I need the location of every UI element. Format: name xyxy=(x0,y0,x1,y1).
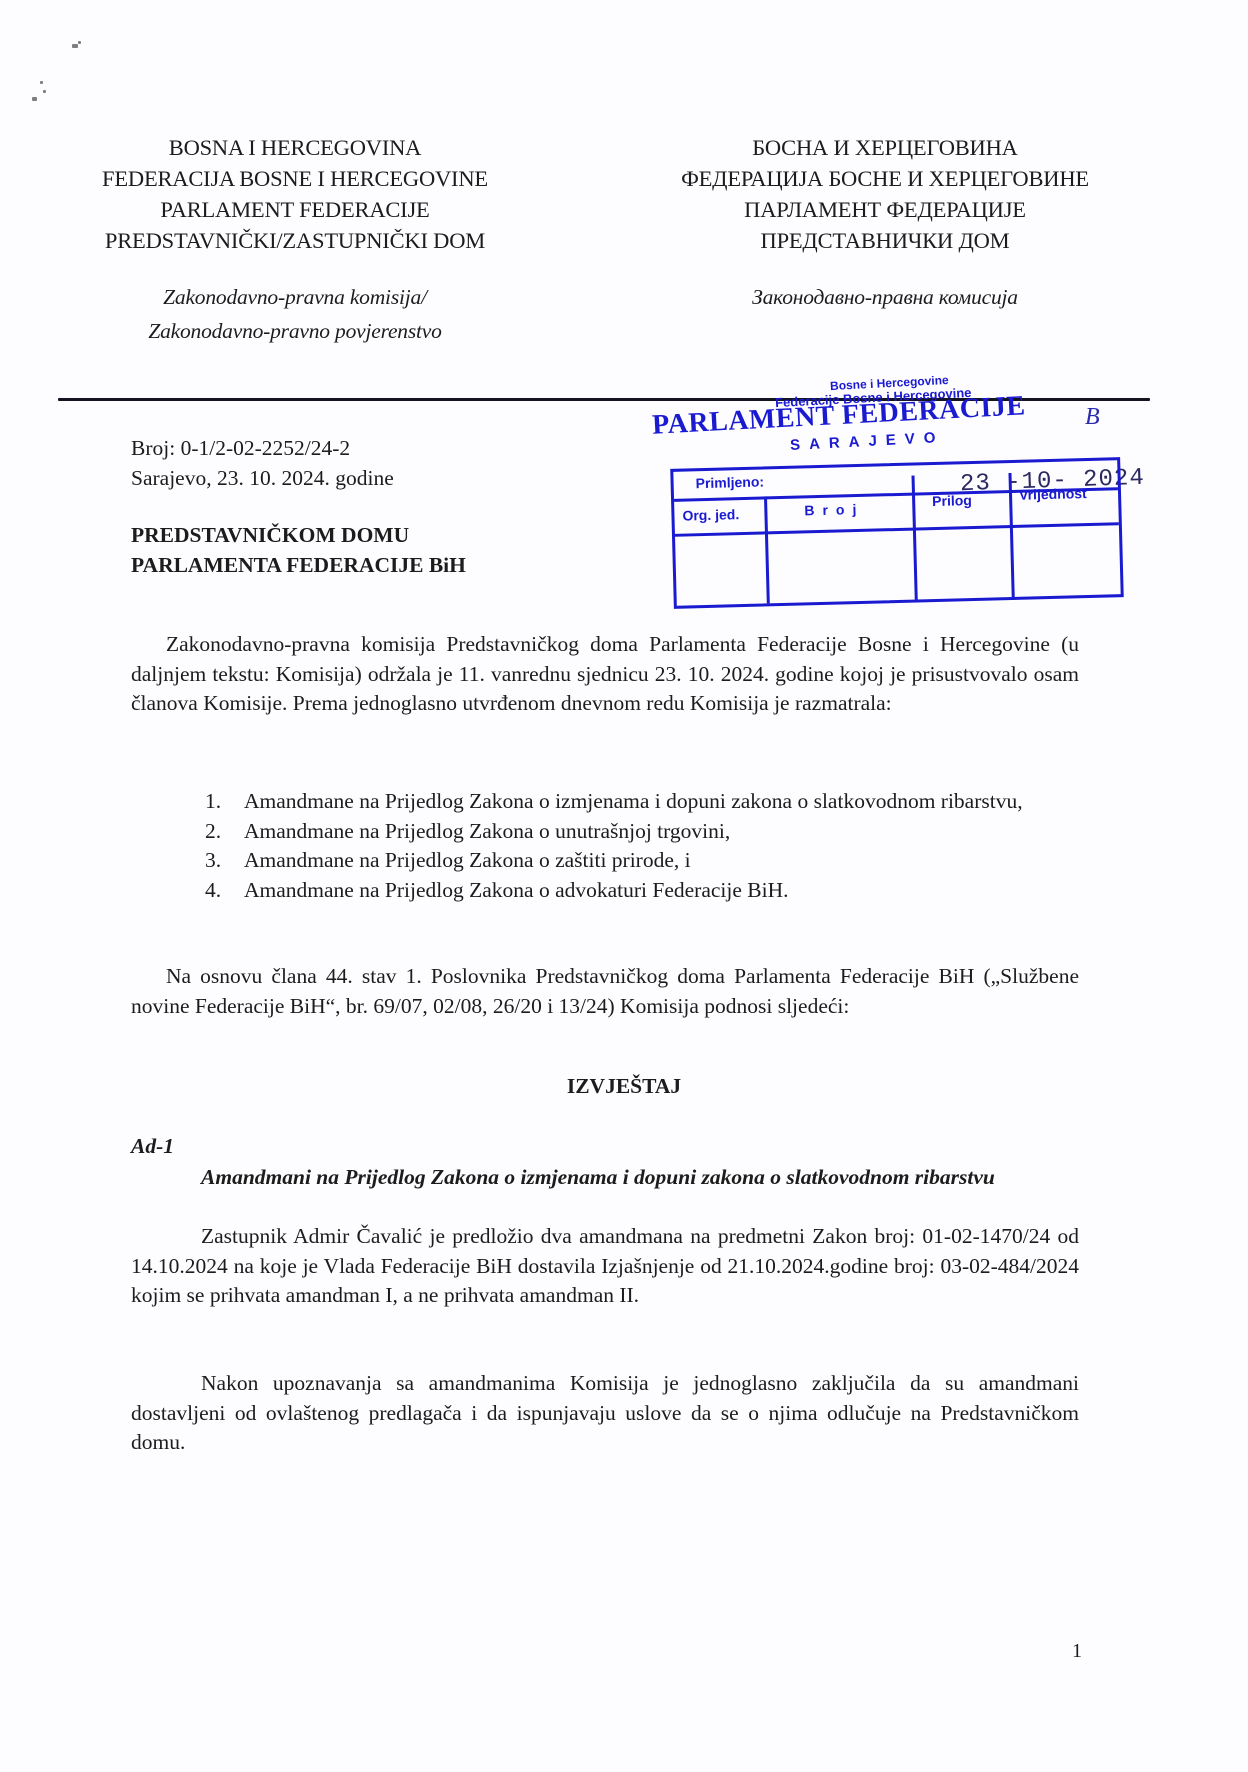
header-house-cyr: ПРЕДСТАВНИЧКИ ДОМ xyxy=(640,225,1130,256)
stamp-table: Primljeno: Org. jed. Broj Prilog Vrijedn… xyxy=(670,457,1124,609)
agenda-list: 1. Amandmane na Prijedlog Zakona o izmje… xyxy=(197,787,1079,905)
header-commission-alt: Zakonodavno-pravno povjerenstvo xyxy=(60,314,530,348)
header-parliament: PARLAMENT FEDERACIJE xyxy=(60,194,530,225)
header-house: PREDSTAVNIČKI/ZASTUPNIČKI DOM xyxy=(60,225,530,256)
addressee-line-2: PARLAMENTA FEDERACIJE BiH xyxy=(131,550,466,580)
intro-paragraph: Zakonodavno-pravna komisija Predstavničk… xyxy=(131,630,1079,719)
scan-artifact xyxy=(78,41,81,44)
page-number: 1 xyxy=(1072,1640,1082,1663)
scan-artifact xyxy=(43,90,46,93)
stamp-received-label: Primljeno: xyxy=(695,473,764,491)
agenda-item-number: 1. xyxy=(205,787,221,817)
stamp-col-number: Broj xyxy=(804,501,864,519)
header-parliament-cyr: ПАРЛАМЕНТ ФЕДЕРАЦИЈЕ xyxy=(640,194,1130,225)
header-cyrillic: БОСНА И ХЕРЦЕГОВИНА ФЕДЕРАЦИЈА БОСНЕ И Х… xyxy=(640,132,1130,314)
scan-artifact xyxy=(32,97,37,101)
agenda-item-number: 2. xyxy=(205,817,221,847)
stamp-row-divider xyxy=(675,522,1119,537)
stamp-col-org: Org. jed. xyxy=(682,506,739,523)
header-latin: BOSNA I HERCEGOVINA FEDERACIJA BOSNE I H… xyxy=(60,132,530,348)
header-country-cyr: БОСНА И ХЕРЦЕГОВИНА xyxy=(640,132,1130,163)
document-place-date: Sarajevo, 23. 10. 2024. godine xyxy=(131,463,394,493)
section-paragraph-2: Nakon upoznavanja sa amandmanima Komisij… xyxy=(131,1369,1079,1458)
header-commission: Zakonodavno-pravna komisija/ xyxy=(60,280,530,314)
document-number: Broj: 0-1/2-02-2252/24-2 xyxy=(131,433,394,463)
agenda-item: 1. Amandmane na Prijedlog Zakona o izmje… xyxy=(197,787,1079,817)
agenda-item-text: Amandmane na Prijedlog Zakona o unutrašn… xyxy=(244,819,730,843)
stamp-col-divider xyxy=(764,496,770,603)
header-country: BOSNA I HERCEGOVINA xyxy=(60,132,530,163)
section-label: Ad-1 xyxy=(131,1134,174,1159)
legal-basis-paragraph: Na osnovu člana 44. stav 1. Poslovnika P… xyxy=(131,962,1079,1021)
agenda-item: 4. Amandmane na Prijedlog Zakona o advok… xyxy=(197,876,1079,906)
addressee-line-1: PREDSTAVNIČKOM DOMU xyxy=(131,520,466,550)
received-stamp: Bosne i Hercegovine Federacije Bosne i H… xyxy=(660,378,1140,618)
agenda-item-number: 4. xyxy=(205,876,221,906)
agenda-item: 2. Amandmane na Prijedlog Zakona o unutr… xyxy=(197,817,1079,847)
stamp-col-value: Vrijednost xyxy=(1019,485,1087,503)
agenda-item-number: 3. xyxy=(205,846,221,876)
scan-artifact xyxy=(40,81,43,84)
section-title: Amandmani na Prijedlog Zakona o izmjenam… xyxy=(131,1163,1079,1193)
document-reference: Broj: 0-1/2-02-2252/24-2 Sarajevo, 23. 1… xyxy=(131,433,394,493)
agenda-item-text: Amandmane na Prijedlog Zakona o izmjenam… xyxy=(244,789,1023,813)
report-title: IZVJEŠTAJ xyxy=(0,1074,1248,1099)
header-commission-cyr: Законодавно-правна комисија xyxy=(640,280,1130,314)
agenda-item-text: Amandmane na Prijedlog Zakona o advokatu… xyxy=(244,878,789,902)
header-federation: FEDERACIJA BOSNE I HERCEGOVINE xyxy=(60,163,530,194)
section-paragraph-1: Zastupnik Admir Čavalić je predložio dva… xyxy=(131,1222,1079,1311)
addressee: PREDSTAVNIČKOM DOMU PARLAMENTA FEDERACIJ… xyxy=(131,520,466,580)
agenda-item-text: Amandmane na Prijedlog Zakona o zaštiti … xyxy=(244,848,691,872)
header-federation-cyr: ФЕДЕРАЦИЈА БОСНЕ И ХЕРЦЕГОВИНЕ xyxy=(640,163,1130,194)
stamp-col-attachment: Prilog xyxy=(932,492,972,509)
stamp-handwritten-mark: B xyxy=(1085,404,1100,431)
scan-artifact xyxy=(72,44,78,48)
agenda-item: 3. Amandmane na Prijedlog Zakona o zašti… xyxy=(197,846,1079,876)
